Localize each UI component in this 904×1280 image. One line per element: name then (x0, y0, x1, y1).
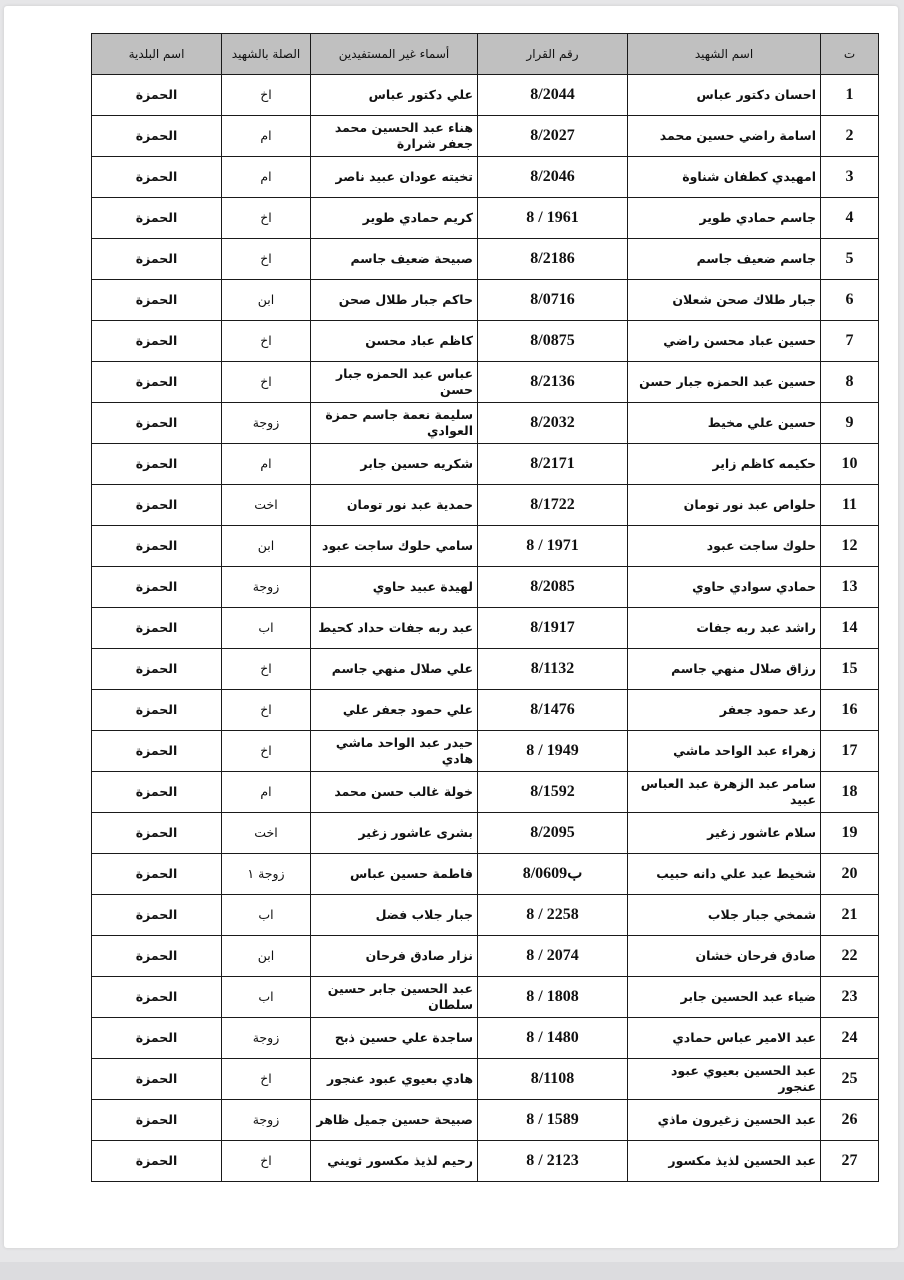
relation: اخ (222, 198, 311, 239)
row-number: 13 (821, 567, 879, 608)
decision-number: 8/2186 (478, 239, 628, 280)
decision-number: 8/2032 (478, 403, 628, 444)
relation: ابن (222, 526, 311, 567)
decision-number: 8/2044 (478, 75, 628, 116)
martyr-name: رزاق صلال منهي جاسم (628, 649, 821, 690)
row-number: 22 (821, 936, 879, 977)
martyr-name: حمادي سوادي حاوي (628, 567, 821, 608)
table-row: 7حسين عباد محسن راضي8/0875كاظم عباد محسن… (92, 321, 879, 362)
municipality: الحمزة (92, 280, 222, 321)
decision-number: 8 / 1971 (478, 526, 628, 567)
beneficiary-name: رحيم لذيذ مكسور ثويني (311, 1141, 478, 1182)
row-number: 15 (821, 649, 879, 690)
relation: ام (222, 772, 311, 813)
table-row: 13حمادي سوادي حاوي8/2085لهيدة عبيد حاويز… (92, 567, 879, 608)
martyr-name: احسان دكتور عباس (628, 75, 821, 116)
municipality: الحمزة (92, 813, 222, 854)
municipality: الحمزة (92, 936, 222, 977)
beneficiary-name: كاظم عباد محسن (311, 321, 478, 362)
table-row: 22صادق فرحان خشان8 / 2074نزار صادق فرحان… (92, 936, 879, 977)
relation: اخ (222, 75, 311, 116)
header-relation: الصلة بالشهيد (222, 34, 311, 75)
row-number: 19 (821, 813, 879, 854)
municipality: الحمزة (92, 690, 222, 731)
relation: زوجة (222, 403, 311, 444)
martyr-name: زهراء عبد الواحد ماشي (628, 731, 821, 772)
relation: زوجة ١ (222, 854, 311, 895)
relation: زوجة (222, 1018, 311, 1059)
relation: زوجة (222, 1100, 311, 1141)
martyr-name: حكيمه كاظم زاير (628, 444, 821, 485)
table-row: 1احسان دكتور عباس8/2044علي دكتور عباساخا… (92, 75, 879, 116)
beneficiary-name: ساجدة علي حسين ذبح (311, 1018, 478, 1059)
municipality: الحمزة (92, 649, 222, 690)
martyr-name: حلوك ساجت عبود (628, 526, 821, 567)
beneficiary-name: علي دكتور عباس (311, 75, 478, 116)
table-row: 18سامر عبد الزهرة عبد العباس عبيد8/1592خ… (92, 772, 879, 813)
beneficiary-name: كريم حمادي طوير (311, 198, 478, 239)
beneficiary-name: لهيدة عبيد حاوي (311, 567, 478, 608)
table-row: 11حلواص عبد نور تومان8/1722حمدية عبد نور… (92, 485, 879, 526)
martyr-name: عبد الامير عباس حمادي (628, 1018, 821, 1059)
row-number: 25 (821, 1059, 879, 1100)
row-number: 27 (821, 1141, 879, 1182)
martyr-name: شخيط عبد علي دانه حبيب (628, 854, 821, 895)
table-header: ت اسم الشهيد رقم القرار أسماء غير المستف… (92, 34, 879, 75)
relation: اخ (222, 239, 311, 280)
row-number: 2 (821, 116, 879, 157)
table-row: 4جاسم حمادي طوير8 / 1961كريم حمادي طويرا… (92, 198, 879, 239)
relation: اب (222, 977, 311, 1018)
row-number: 26 (821, 1100, 879, 1141)
relation: اخ (222, 731, 311, 772)
beneficiary-name: خولة غالب حسن محمد (311, 772, 478, 813)
decision-number: 8/0875 (478, 321, 628, 362)
row-number: 1 (821, 75, 879, 116)
decision-number: 8 / 1589 (478, 1100, 628, 1141)
beneficiary-name: هناء عبد الحسين محمد جعفر شرارة (311, 116, 478, 157)
municipality: الحمزة (92, 403, 222, 444)
martyr-name: جاسم ضعيف جاسم (628, 239, 821, 280)
beneficiary-name: سامي حلوك ساجت عبود (311, 526, 478, 567)
martyr-name: سلام عاشور زغير (628, 813, 821, 854)
decision-number: 8 / 2258 (478, 895, 628, 936)
beneficiary-name: صبيحة حسين جميل ظاهر (311, 1100, 478, 1141)
martyr-name: حلواص عبد نور تومان (628, 485, 821, 526)
relation: اخت (222, 813, 311, 854)
decision-number: 8/0609ب (478, 854, 628, 895)
relation: زوجة (222, 567, 311, 608)
beneficiary-name: عبد الحسين جابر حسين سلطان (311, 977, 478, 1018)
relation: اب (222, 895, 311, 936)
table-row: 15رزاق صلال منهي جاسم8/1132علي صلال منهي… (92, 649, 879, 690)
beneficiary-name: حيدر عبد الواحد ماشي هادي (311, 731, 478, 772)
row-number: 18 (821, 772, 879, 813)
bottom-edge-bar (0, 1262, 904, 1280)
decision-number: 8/1592 (478, 772, 628, 813)
row-number: 8 (821, 362, 879, 403)
municipality: الحمزة (92, 977, 222, 1018)
decision-number: 8/2136 (478, 362, 628, 403)
beneficiary-name: فاطمة حسين عباس (311, 854, 478, 895)
row-number: 21 (821, 895, 879, 936)
table-row: 25عبد الحسين بعيوي عبود عنجور8/1108هادي … (92, 1059, 879, 1100)
municipality: الحمزة (92, 854, 222, 895)
martyr-name: ضياء عبد الحسين جابر (628, 977, 821, 1018)
relation: اخ (222, 362, 311, 403)
decision-number: 8/1132 (478, 649, 628, 690)
table-row: 26عبد الحسين زغيرون ماذي8 / 1589صبيحة حس… (92, 1100, 879, 1141)
municipality: الحمزة (92, 1100, 222, 1141)
martyr-name: رعد حمود جعفر (628, 690, 821, 731)
header-row: ت اسم الشهيد رقم القرار أسماء غير المستف… (92, 34, 879, 75)
martyrs-beneficiaries-table: ت اسم الشهيد رقم القرار أسماء غير المستف… (91, 33, 879, 1182)
table-row: 3امهيدي كطفان شناوة8/2046تخيته عودان عبي… (92, 157, 879, 198)
table-row: 20شخيط عبد علي دانه حبيب8/0609بفاطمة حسي… (92, 854, 879, 895)
row-number: 3 (821, 157, 879, 198)
decision-number: 8/2027 (478, 116, 628, 157)
relation: ابن (222, 936, 311, 977)
decision-number: 8/1722 (478, 485, 628, 526)
table-row: 6جبار طلاك صحن شعلان8/0716حاكم جبار طلال… (92, 280, 879, 321)
municipality: الحمزة (92, 116, 222, 157)
municipality: الحمزة (92, 772, 222, 813)
table-row: 21شمخي جبار جلاب8 / 2258جبار جلاب فضلابا… (92, 895, 879, 936)
beneficiary-name: علي صلال منهي جاسم (311, 649, 478, 690)
beneficiary-name: شكريه حسين جابر (311, 444, 478, 485)
beneficiary-name: بشرى عاشور زغير (311, 813, 478, 854)
relation: اخ (222, 1141, 311, 1182)
table-row: 12حلوك ساجت عبود8 / 1971سامي حلوك ساجت ع… (92, 526, 879, 567)
martyr-name: عبد الحسين زغيرون ماذي (628, 1100, 821, 1141)
table-row: 23ضياء عبد الحسين جابر8 / 1808عبد الحسين… (92, 977, 879, 1018)
row-number: 12 (821, 526, 879, 567)
header-municipality: اسم البلدية (92, 34, 222, 75)
relation: اب (222, 608, 311, 649)
row-number: 6 (821, 280, 879, 321)
municipality: الحمزة (92, 567, 222, 608)
municipality: الحمزة (92, 608, 222, 649)
row-number: 7 (821, 321, 879, 362)
beneficiary-name: عبد ربه جفات حداد كحيط (311, 608, 478, 649)
decision-number: 8/0716 (478, 280, 628, 321)
martyr-name: عبد الحسين بعيوي عبود عنجور (628, 1059, 821, 1100)
municipality: الحمزة (92, 157, 222, 198)
decision-number: 8 / 2123 (478, 1141, 628, 1182)
martyr-name: اسامة راضي حسين محمد (628, 116, 821, 157)
header-non-beneficiaries: أسماء غير المستفيدين (311, 34, 478, 75)
relation: ام (222, 116, 311, 157)
table-row: 17زهراء عبد الواحد ماشي8 / 1949حيدر عبد … (92, 731, 879, 772)
table-row: 2اسامة راضي حسين محمد8/2027هناء عبد الحس… (92, 116, 879, 157)
municipality: الحمزة (92, 198, 222, 239)
relation: ام (222, 157, 311, 198)
relation: اخ (222, 1059, 311, 1100)
row-number: 24 (821, 1018, 879, 1059)
table-row: 14راشد عبد ربه جفات8/1917عبد ربه جفات حد… (92, 608, 879, 649)
relation: ابن (222, 280, 311, 321)
decision-number: 8 / 1949 (478, 731, 628, 772)
row-number: 9 (821, 403, 879, 444)
beneficiary-name: نزار صادق فرحان (311, 936, 478, 977)
municipality: الحمزة (92, 1141, 222, 1182)
relation: اخ (222, 649, 311, 690)
table-row: 16رعد حمود جعفر8/1476علي حمود جعفر علياخ… (92, 690, 879, 731)
row-number: 14 (821, 608, 879, 649)
beneficiary-name: حمدية عبد نور تومان (311, 485, 478, 526)
row-number: 4 (821, 198, 879, 239)
relation: اخ (222, 690, 311, 731)
document-page: ت اسم الشهيد رقم القرار أسماء غير المستف… (4, 6, 898, 1248)
header-martyr-name: اسم الشهيد (628, 34, 821, 75)
table-row: 9حسين علي مخيط8/2032سليمة نعمة جاسم حمزة… (92, 403, 879, 444)
decision-number: 8 / 1480 (478, 1018, 628, 1059)
martyr-name: صادق فرحان خشان (628, 936, 821, 977)
row-number: 20 (821, 854, 879, 895)
martyr-name: راشد عبد ربه جفات (628, 608, 821, 649)
table-row: 24عبد الامير عباس حمادي8 / 1480ساجدة علي… (92, 1018, 879, 1059)
martyr-name: شمخي جبار جلاب (628, 895, 821, 936)
header-decision-no: رقم القرار (478, 34, 628, 75)
decision-number: 8/1917 (478, 608, 628, 649)
table-row: 19سلام عاشور زغير8/2095بشرى عاشور زغيراخ… (92, 813, 879, 854)
martyr-name: امهيدي كطفان شناوة (628, 157, 821, 198)
relation: ام (222, 444, 311, 485)
decision-number: 8/2085 (478, 567, 628, 608)
beneficiary-name: هادي بعيوي عبود عنجور (311, 1059, 478, 1100)
decision-number: 8 / 1961 (478, 198, 628, 239)
decision-number: 8 / 2074 (478, 936, 628, 977)
decision-number: 8/1476 (478, 690, 628, 731)
municipality: الحمزة (92, 1059, 222, 1100)
decision-number: 8 / 1808 (478, 977, 628, 1018)
martyr-name: حسين علي مخيط (628, 403, 821, 444)
decision-number: 8/2046 (478, 157, 628, 198)
table-row: 8حسين عبد الحمزه جبار حسن8/2136عباس عبد … (92, 362, 879, 403)
decision-number: 8/2095 (478, 813, 628, 854)
martyr-name: سامر عبد الزهرة عبد العباس عبيد (628, 772, 821, 813)
row-number: 17 (821, 731, 879, 772)
beneficiary-name: صبيحة ضعيف جاسم (311, 239, 478, 280)
row-number: 10 (821, 444, 879, 485)
beneficiary-name: عباس عبد الحمزه جبار حسن (311, 362, 478, 403)
table-body: 1احسان دكتور عباس8/2044علي دكتور عباساخا… (92, 75, 879, 1182)
row-number: 23 (821, 977, 879, 1018)
municipality: الحمزة (92, 239, 222, 280)
municipality: الحمزة (92, 321, 222, 362)
beneficiary-name: علي حمود جعفر علي (311, 690, 478, 731)
martyr-name: جاسم حمادي طوير (628, 198, 821, 239)
table-row: 27عبد الحسين لذيذ مكسور8 / 2123رحيم لذيذ… (92, 1141, 879, 1182)
martyr-name: حسين عبد الحمزه جبار حسن (628, 362, 821, 403)
row-number: 5 (821, 239, 879, 280)
beneficiary-name: تخيته عودان عبيد ناصر (311, 157, 478, 198)
decision-number: 8/1108 (478, 1059, 628, 1100)
beneficiary-name: حاكم جبار طلال صحن (311, 280, 478, 321)
beneficiary-name: جبار جلاب فضل (311, 895, 478, 936)
row-number: 16 (821, 690, 879, 731)
municipality: الحمزة (92, 75, 222, 116)
relation: اخ (222, 321, 311, 362)
municipality: الحمزة (92, 526, 222, 567)
municipality: الحمزة (92, 1018, 222, 1059)
martyr-name: عبد الحسين لذيذ مكسور (628, 1141, 821, 1182)
table-row: 10حكيمه كاظم زاير8/2171شكريه حسين جابرام… (92, 444, 879, 485)
martyr-name: جبار طلاك صحن شعلان (628, 280, 821, 321)
municipality: الحمزة (92, 362, 222, 403)
municipality: الحمزة (92, 485, 222, 526)
table-row: 5جاسم ضعيف جاسم8/2186صبيحة ضعيف جاسماخال… (92, 239, 879, 280)
municipality: الحمزة (92, 895, 222, 936)
martyr-name: حسين عباد محسن راضي (628, 321, 821, 362)
beneficiary-name: سليمة نعمة جاسم حمزة العوادي (311, 403, 478, 444)
municipality: الحمزة (92, 444, 222, 485)
header-num: ت (821, 34, 879, 75)
municipality: الحمزة (92, 731, 222, 772)
row-number: 11 (821, 485, 879, 526)
decision-number: 8/2171 (478, 444, 628, 485)
relation: اخت (222, 485, 311, 526)
